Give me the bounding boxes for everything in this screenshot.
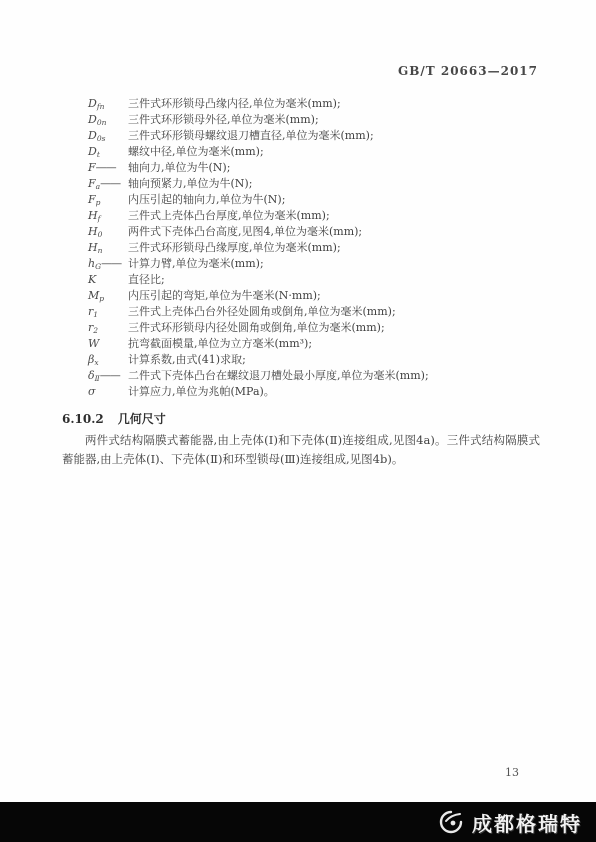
definition-text: 计算应力,单位为兆帕(MPa)。 [128,384,275,400]
definition-text: 两件式下壳体凸台高度,见图4,单位为毫米(mm); [128,224,362,240]
page-number: 13 [505,766,519,779]
definition-row: Fp—— 内压引起的轴向力,单位为牛(N); [88,192,558,208]
definition-row: Hf—— 三件式上壳体凸台厚度,单位为毫米(mm); [88,208,558,224]
symbol-base: F [88,161,96,174]
definition-row: F—— 轴向力,单位为牛(N); [88,160,558,176]
symbol-base: W [88,337,99,350]
definition-text: 螺纹中径,单位为毫米(mm); [128,144,264,160]
definition-text: 三件式环形锁母螺纹退刀槽直径,单位为毫米(mm); [128,128,374,144]
symbol-base: δ [88,369,95,382]
symbol-base: K [88,273,96,286]
definition-text: 轴向预紧力,单位为牛(N); [128,176,252,192]
definition-text: 内压引起的轴向力,单位为牛(N); [128,192,285,208]
definition-row: r2—— 三件式环形锁母内径处圆角或倒角,单位为毫米(mm); [88,320,558,336]
definition-text: 二件式下壳体凸台在螺纹退刀槽处最小厚度,单位为毫米(mm); [128,368,429,384]
symbol-base: H [88,225,98,238]
symbol-subscript: 0 [98,230,103,239]
symbol-base: D [88,129,97,142]
symbol-base: H [88,241,98,254]
definition-row: D0s—— 三件式环形锁母螺纹退刀槽直径,单位为毫米(mm); [88,128,558,144]
symbol-subscript: x [94,358,98,367]
symbol: σ—— [88,384,128,403]
symbol-subscript: f [98,214,101,223]
symbol-base: F [88,193,96,206]
symbol-subscript: t [97,150,100,159]
symbol-dash: —— [100,177,120,190]
definition-text: 三件式上壳体凸台厚度,单位为毫米(mm); [128,208,330,224]
symbol-base: D [88,113,97,126]
definition-text: 三件式环形锁母凸缘厚度,单位为毫米(mm); [128,240,341,256]
definitions-list: Dfn—— 三件式环形锁母凸缘内径,单位为毫米(mm); D0n—— 三件式环形… [88,96,558,400]
symbol-dash: —— [100,369,120,382]
definition-text: 抗弯截面模量,单位为立方毫米(mm³); [128,336,312,352]
definition-row: Hn—— 三件式环形锁母凸缘厚度,单位为毫米(mm); [88,240,558,256]
company-name: 成都格瑞特 [472,808,582,837]
standard-code-header: GB/T 20663—2017 [398,64,538,78]
definition-row: hG—— 计算力臂,单位为毫米(mm); [88,256,558,272]
symbol-dash: —— [96,161,116,174]
section-title: 几何尺寸 [118,412,166,426]
symbol-subscript: n [98,246,103,255]
symbol-subscript: 1 [93,310,98,319]
symbol-base: σ [88,385,96,398]
definition-text: 三件式环形锁母外径,单位为毫米(mm); [128,112,319,128]
definition-row: H0—— 两件式下壳体凸台高度,见图4,单位为毫米(mm); [88,224,558,240]
definition-row: W—— 抗弯截面模量,单位为立方毫米(mm³); [88,336,558,352]
symbol-subscript: 0n [97,118,107,127]
symbol-base: D [88,145,97,158]
symbol-subscript: 2 [93,326,98,335]
symbol-base: D [88,97,97,110]
definition-row: Dfn—— 三件式环形锁母凸缘内径,单位为毫米(mm); [88,96,558,112]
definition-text: 直径比; [128,272,165,288]
footer-watermark-bar: 成都格瑞特 [0,802,596,842]
section-heading: 6.10.2几何尺寸 [62,410,166,427]
symbol-base: H [88,209,98,222]
definition-row: Fa—— 轴向预紧力,单位为牛(N); [88,176,558,192]
section-paragraph: 两件式结构隔膜式蓄能器,由上壳体(Ⅰ)和下壳体(Ⅱ)连接组成,见图4a)。三件式… [62,431,540,469]
section-number: 6.10.2 [62,412,104,426]
definition-row: r1—— 三件式上壳体凸台外径处圆角或倒角,单位为毫米(mm); [88,304,558,320]
definition-text: 三件式环形锁母内径处圆角或倒角,单位为毫米(mm); [128,320,385,336]
symbol-base: F [88,177,96,190]
definition-text: 轴向力,单位为牛(N); [128,160,230,176]
symbol-subscript: p [96,198,101,207]
definition-text: 三件式上壳体凸台外径处圆角或倒角,单位为毫米(mm); [128,304,396,320]
definition-row: Dt—— 螺纹中径,单位为毫米(mm); [88,144,558,160]
definition-row: D0n—— 三件式环形锁母外径,单位为毫米(mm); [88,112,558,128]
symbol-subscript: fn [97,102,105,111]
definition-text: 内压引起的弯矩,单位为牛毫米(N·mm); [128,288,321,304]
symbol-base: M [88,289,99,302]
definition-text: 计算系数,由式(41)求取; [128,352,246,368]
symbol-subscript: 0s [97,134,106,143]
definition-text: 三件式环形锁母凸缘内径,单位为毫米(mm); [128,96,341,112]
definition-row: δⅡ—— 二件式下壳体凸台在螺纹退刀槽处最小厚度,单位为毫米(mm); [88,368,558,384]
symbol-subscript: p [99,294,104,303]
definition-text: 计算力臂,单位为毫米(mm); [128,256,264,272]
document-page: GB/T 20663—2017 Dfn—— 三件式环形锁母凸缘内径,单位为毫米(… [0,0,596,842]
symbol-dash: —— [101,257,121,270]
definition-row: βx—— 计算系数,由式(41)求取; [88,352,558,368]
definition-row: Mp—— 内压引起的弯矩,单位为牛毫米(N·mm); [88,288,558,304]
definition-row: σ—— 计算应力,单位为兆帕(MPa)。 [88,384,558,400]
company-logo-icon [438,809,464,835]
definition-row: K—— 直径比; [88,272,558,288]
